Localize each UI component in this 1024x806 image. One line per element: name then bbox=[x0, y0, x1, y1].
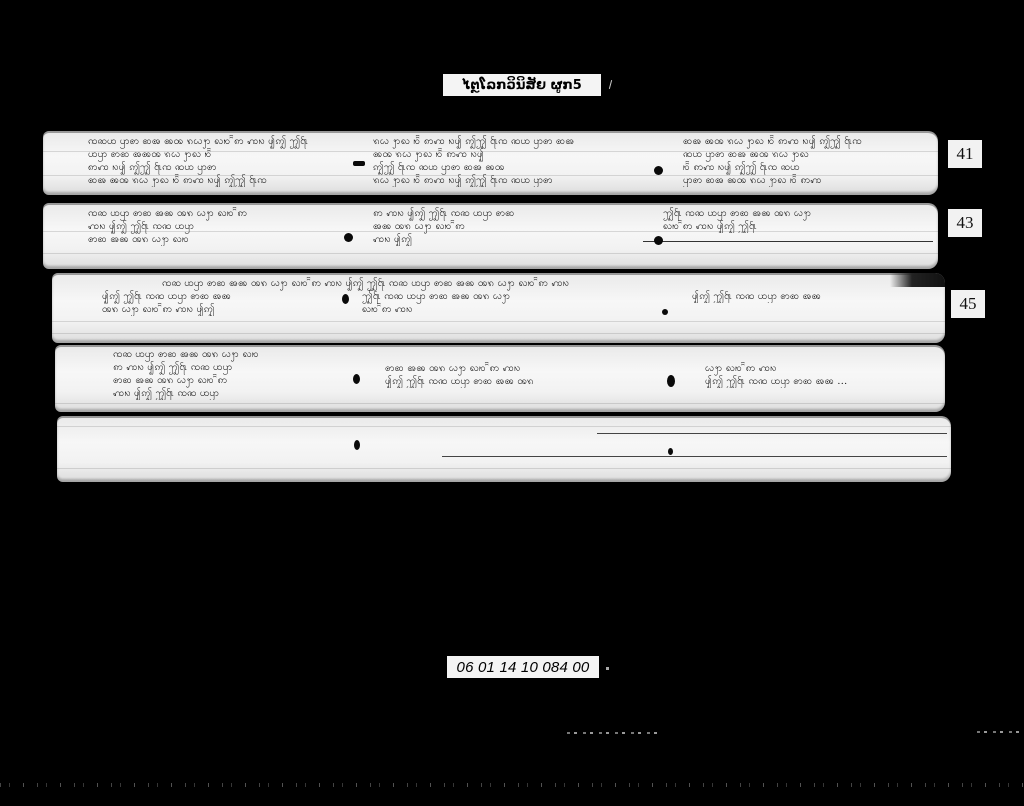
text-line: ꩩꩪ ꩫꩬ ꩭꩮ ꩯꩰ ꩱꩲ ꩳꩴ bbox=[373, 148, 648, 161]
leaf-text-column-3: ꩧꩨ ꩩꩪ ꩫꩬ ꩭꩮ ꩯꩰ ꩱꩲ ꩳꩴ ꩵꩶ ꩷ꩡ ꩣꩤ ꩥꩦ ꩧꩨ ꩩꩪ ꩫ… bbox=[683, 135, 903, 187]
text-line: ꩣꩤ ꩥꩦ ꩧꩨ ꩩꩪ ꩫꩬ ꩭꩮ bbox=[683, 148, 903, 161]
text-line: ꩧꩨ ꩩꩪ ꩫꩬ ꩭꩮ ꩯꩰ ꩱꩲ ꩳꩴ ꩵꩶ ꩷ꩡ bbox=[683, 135, 903, 148]
text-line: ꩰꩱ ꩲꩳ ꩴꩵ ꩶ꩷ ꩡꩣ ꩤꩥ bbox=[113, 361, 363, 374]
string-hole bbox=[342, 294, 349, 304]
text-line: ꩨꩩ ꩪꩫ ꩬꩭ ꩮꩯ ꩰꩱ bbox=[373, 220, 643, 233]
ruled-line bbox=[597, 433, 947, 434]
text-line: ꩥꩦ ꩧꩨ ꩩꩪ ꩫꩬ ꩭꩮ ꩯꩰ ꩱꩲ bbox=[683, 174, 903, 187]
text-line: ꩯꩰ ꩱꩲ ꩳꩴ ꩵꩶ ꩷ꩡ ꩣꩤ bbox=[683, 161, 903, 174]
palm-leaf-page-46: ꩡꩣ ꩤꩥ ꩦꩧ ꩨꩩ ꩪꩫ ꩬꩭ ꩮꩯ ꩰꩱ ꩲꩳ ꩴꩵ ꩶ꩷ ꩡꩣ ꩤꩥ ꩦ… bbox=[55, 345, 945, 412]
string-hole bbox=[668, 448, 673, 455]
scan-artifact-strip bbox=[0, 783, 1024, 787]
leaf-text-column-1: ꩡꩣ ꩤꩥ ꩦꩧ ꩨꩩ ꩪꩫ ꩬꩭ ꩮꩯ ꩰꩱ ꩲꩳ ꩴꩵ ꩶ꩷ ꩡꩣ ꩤꩥ ꩦ… bbox=[88, 207, 378, 246]
string-hole bbox=[654, 166, 663, 175]
palm-leaf-page-45: ꩡꩣ ꩤꩥ ꩦꩧ ꩨꩩ ꩪꩫ ꩬꩭ ꩮꩯ ꩰꩱ ꩲꩳ ꩴꩵ ꩶ꩷ ꩡꩣ ꩤꩥ ꩦ… bbox=[52, 273, 945, 343]
text-line: ꩴꩵ ꩶ꩷ ꩡꩣ ꩤꩥ ꩦꩧ ꩨꩩ ... bbox=[705, 375, 935, 388]
leaf-text-column-1: ꩡꩣꩤ ꩥꩦ ꩧꩨ ꩩꩪ ꩫꩬꩭ ꩮꩯ ꩰꩱ ꩲꩳ ꩴꩵ ꩶ꩷ ꩤꩥ ꩦꩧ ꩨꩩ… bbox=[88, 135, 363, 187]
manuscript-title-label: ໄຕຼໂລກວິນິສັຍ ຜູກ5 bbox=[443, 74, 601, 96]
scan-artifact bbox=[977, 731, 1022, 733]
text-line: ꩴꩵ ꩶ꩷ ꩡꩣ ꩤꩥ ꩦꩧ ꩨꩩ ꩪꩫ bbox=[385, 375, 655, 388]
leaf-text-column-3: ꩶ꩷ ꩡꩣ ꩤꩥ ꩦꩧ ꩨꩩ ꩪꩫ ꩬꩭ ꩮꩯ ꩰꩱ ꩲꩳ ꩴꩵ ꩶ꩷ bbox=[663, 207, 903, 233]
string-hole bbox=[353, 161, 365, 166]
leaf-text-column-2: ꩦꩧ ꩨꩩ ꩪꩫ ꩬꩭ ꩮꩯ ꩰꩱ ꩲꩳ ꩴꩵ ꩶ꩷ ꩡꩣ ꩤꩥ ꩦꩧ ꩨꩩ ꩪ… bbox=[385, 362, 655, 388]
microfilm-reel-code: 06 01 14 10 084 00 bbox=[447, 656, 599, 678]
page-number-label: 43 bbox=[948, 209, 982, 237]
text-line: ꩲꩳ ꩴꩵ ꩶ꩷ ꩡꩣ ꩤꩥ bbox=[113, 387, 363, 400]
leaf-text-column-2: ꩰꩱ ꩲꩳ ꩴꩵ ꩶ꩷ ꩡꩣ ꩤꩥ ꩦꩧ ꩨꩩ ꩪꩫ ꩬꩭ ꩮꩯ ꩰꩱ ꩲꩳ ꩴ… bbox=[373, 207, 643, 246]
string-hole bbox=[353, 374, 360, 384]
text-line: ꩧꩨ ꩩꩪ ꩫꩬ ꩭꩮ ꩯꩰ ꩱꩲ ꩳꩴ ꩵꩶ ꩷ꩡ bbox=[88, 174, 363, 187]
ruled-line bbox=[442, 456, 947, 457]
page-number-label: 45 bbox=[951, 290, 985, 318]
palm-leaf-page-41: ꩡꩣꩤ ꩥꩦ ꩧꩨ ꩩꩪ ꩫꩬꩭ ꩮꩯ ꩰꩱ ꩲꩳ ꩴꩵ ꩶ꩷ ꩤꩥ ꩦꩧ ꩨꩩ… bbox=[43, 131, 938, 195]
leaf-text-column-2: ꩶ꩷ ꩡꩣ ꩤꩥ ꩦꩧ ꩨꩩ ꩪꩫ ꩬꩭ ꩮꩯ ꩰꩱ ꩲꩳ bbox=[362, 290, 652, 316]
text-line: ꩡꩣ ꩤꩥ ꩦꩧ ꩨꩩ ꩪꩫ ꩬꩭ ꩮꩯ ꩰꩱ ꩲꩳ ꩴꩵ ꩶ꩷ ꩡꩣ ꩤꩥ ꩦ… bbox=[102, 277, 902, 290]
scan-artifact bbox=[606, 667, 609, 670]
text-line: ꩦꩧ ꩨꩩ ꩪꩫ ꩬꩭ ꩮꩯ bbox=[88, 233, 378, 246]
leaf-text-column-2: ꩫꩬ ꩭꩮ ꩯꩰ ꩱꩲ ꩳꩴ ꩵꩶ ꩷ꩡ ꩣꩤ ꩥꩦ ꩧꩨ ꩩꩪ ꩫꩬ ꩭꩮ ꩯ… bbox=[373, 135, 648, 187]
text-line: ꩶ꩷ ꩡꩣ ꩤꩥ ꩦꩧ ꩨꩩ ꩪꩫ ꩬꩭ bbox=[663, 207, 903, 220]
text-line: ꩦꩧ ꩨꩩ ꩪꩫ ꩬꩭ ꩮꩯ ꩰꩱ ꩲꩳ bbox=[385, 362, 655, 375]
text-line: ꩲꩳ ꩴꩵ ꩶ꩷ ꩡꩣ ꩤꩥ bbox=[88, 220, 378, 233]
text-line: ꩰꩱ ꩲꩳ ꩴꩵ ꩶ꩷ ꩡꩣ ꩤꩥ ꩦꩧ bbox=[373, 207, 643, 220]
leaf-text-column-3: ꩬꩭ ꩮꩯ ꩰꩱ ꩲꩳ ꩴꩵ ꩶ꩷ ꩡꩣ ꩤꩥ ꩦꩧ ꩨꩩ ... bbox=[705, 362, 935, 388]
text-line: ꩵꩶ ꩷ꩡ ꩣꩤ ꩥꩦ ꩧꩨ ꩩꩪ bbox=[373, 161, 648, 174]
text-line: ꩬꩭ ꩮꩯ ꩰꩱ ꩲꩳ bbox=[705, 362, 935, 375]
leaf-text-column-1: ꩡꩣ ꩤꩥ ꩦꩧ ꩨꩩ ꩪꩫ ꩬꩭ ꩮꩯ ꩰꩱ ꩲꩳ ꩴꩵ ꩶ꩷ ꩡꩣ ꩤꩥ ꩦ… bbox=[113, 348, 363, 400]
text-line: ꩲꩳ ꩴꩵ bbox=[373, 233, 643, 246]
text-line: ꩡꩣ ꩤꩥ ꩦꩧ ꩨꩩ ꩪꩫ ꩬꩭ ꩮꩯ ꩰꩱ bbox=[88, 207, 378, 220]
text-line: ꩫꩬ ꩭꩮ ꩯꩰ ꩱꩲ ꩳꩴ ꩵꩶ ꩷ꩡ ꩣꩤ ꩥꩦ ꩧꩨ bbox=[373, 135, 648, 148]
text-line: ꩤꩥ ꩦꩧ ꩨꩩꩪ ꩫꩬ ꩭꩮ ꩯꩰ bbox=[88, 148, 363, 161]
palm-leaf-blank bbox=[57, 416, 951, 482]
text-line: ꩮꩯ ꩰꩱ ꩲꩳ ꩴꩵ ꩶ꩷ bbox=[663, 220, 903, 233]
palm-leaf-page-43: ꩡꩣ ꩤꩥ ꩦꩧ ꩨꩩ ꩪꩫ ꩬꩭ ꩮꩯ ꩰꩱ ꩲꩳ ꩴꩵ ꩶ꩷ ꩡꩣ ꩤꩥ ꩦ… bbox=[43, 203, 938, 269]
text-line: ꩱꩲ ꩳꩴ ꩵꩶ ꩷ꩡ ꩣꩤ ꩥꩦ bbox=[88, 161, 363, 174]
text-line: ꩡꩣ ꩤꩥ ꩦꩧ ꩨꩩ ꩪꩫ ꩬꩭ ꩮꩯ bbox=[113, 348, 363, 361]
string-hole bbox=[344, 233, 353, 242]
scan-mark bbox=[609, 80, 612, 89]
ruled-line bbox=[643, 241, 933, 242]
string-hole bbox=[654, 236, 663, 245]
leaf-text-column-3: ꩴꩵ ꩶ꩷ ꩡꩣ ꩤꩥ ꩦꩧ ꩨꩩ bbox=[692, 290, 902, 303]
text-line: ꩴꩵ ꩶ꩷ ꩡꩣ ꩤꩥ ꩦꩧ ꩨꩩ bbox=[692, 290, 902, 303]
text-line: ꩡꩣꩤ ꩥꩦ ꩧꩨ ꩩꩪ ꩫꩬꩭ ꩮꩯ ꩰꩱ ꩲꩳ ꩴꩵ ꩶ꩷ bbox=[88, 135, 363, 148]
string-hole bbox=[354, 440, 360, 450]
scan-artifact bbox=[567, 732, 657, 734]
text-line: ꩮꩯ ꩰꩱ ꩲꩳ bbox=[362, 303, 652, 316]
text-line: ꩫꩬ ꩭꩮ ꩯꩰ ꩱꩲ ꩳꩴ ꩵꩶ ꩷ꩡ ꩣꩤ ꩥꩦ bbox=[373, 174, 648, 187]
string-hole bbox=[662, 309, 668, 315]
text-line: ꩦꩧ ꩨꩩ ꩪꩫ ꩬꩭ ꩮꩯ ꩰꩱ bbox=[113, 374, 363, 387]
page-number-label: 41 bbox=[948, 140, 982, 168]
text-line: ꩶ꩷ ꩡꩣ ꩤꩥ ꩦꩧ ꩨꩩ ꩪꩫ ꩬꩭ bbox=[362, 290, 652, 303]
string-hole bbox=[667, 375, 675, 387]
